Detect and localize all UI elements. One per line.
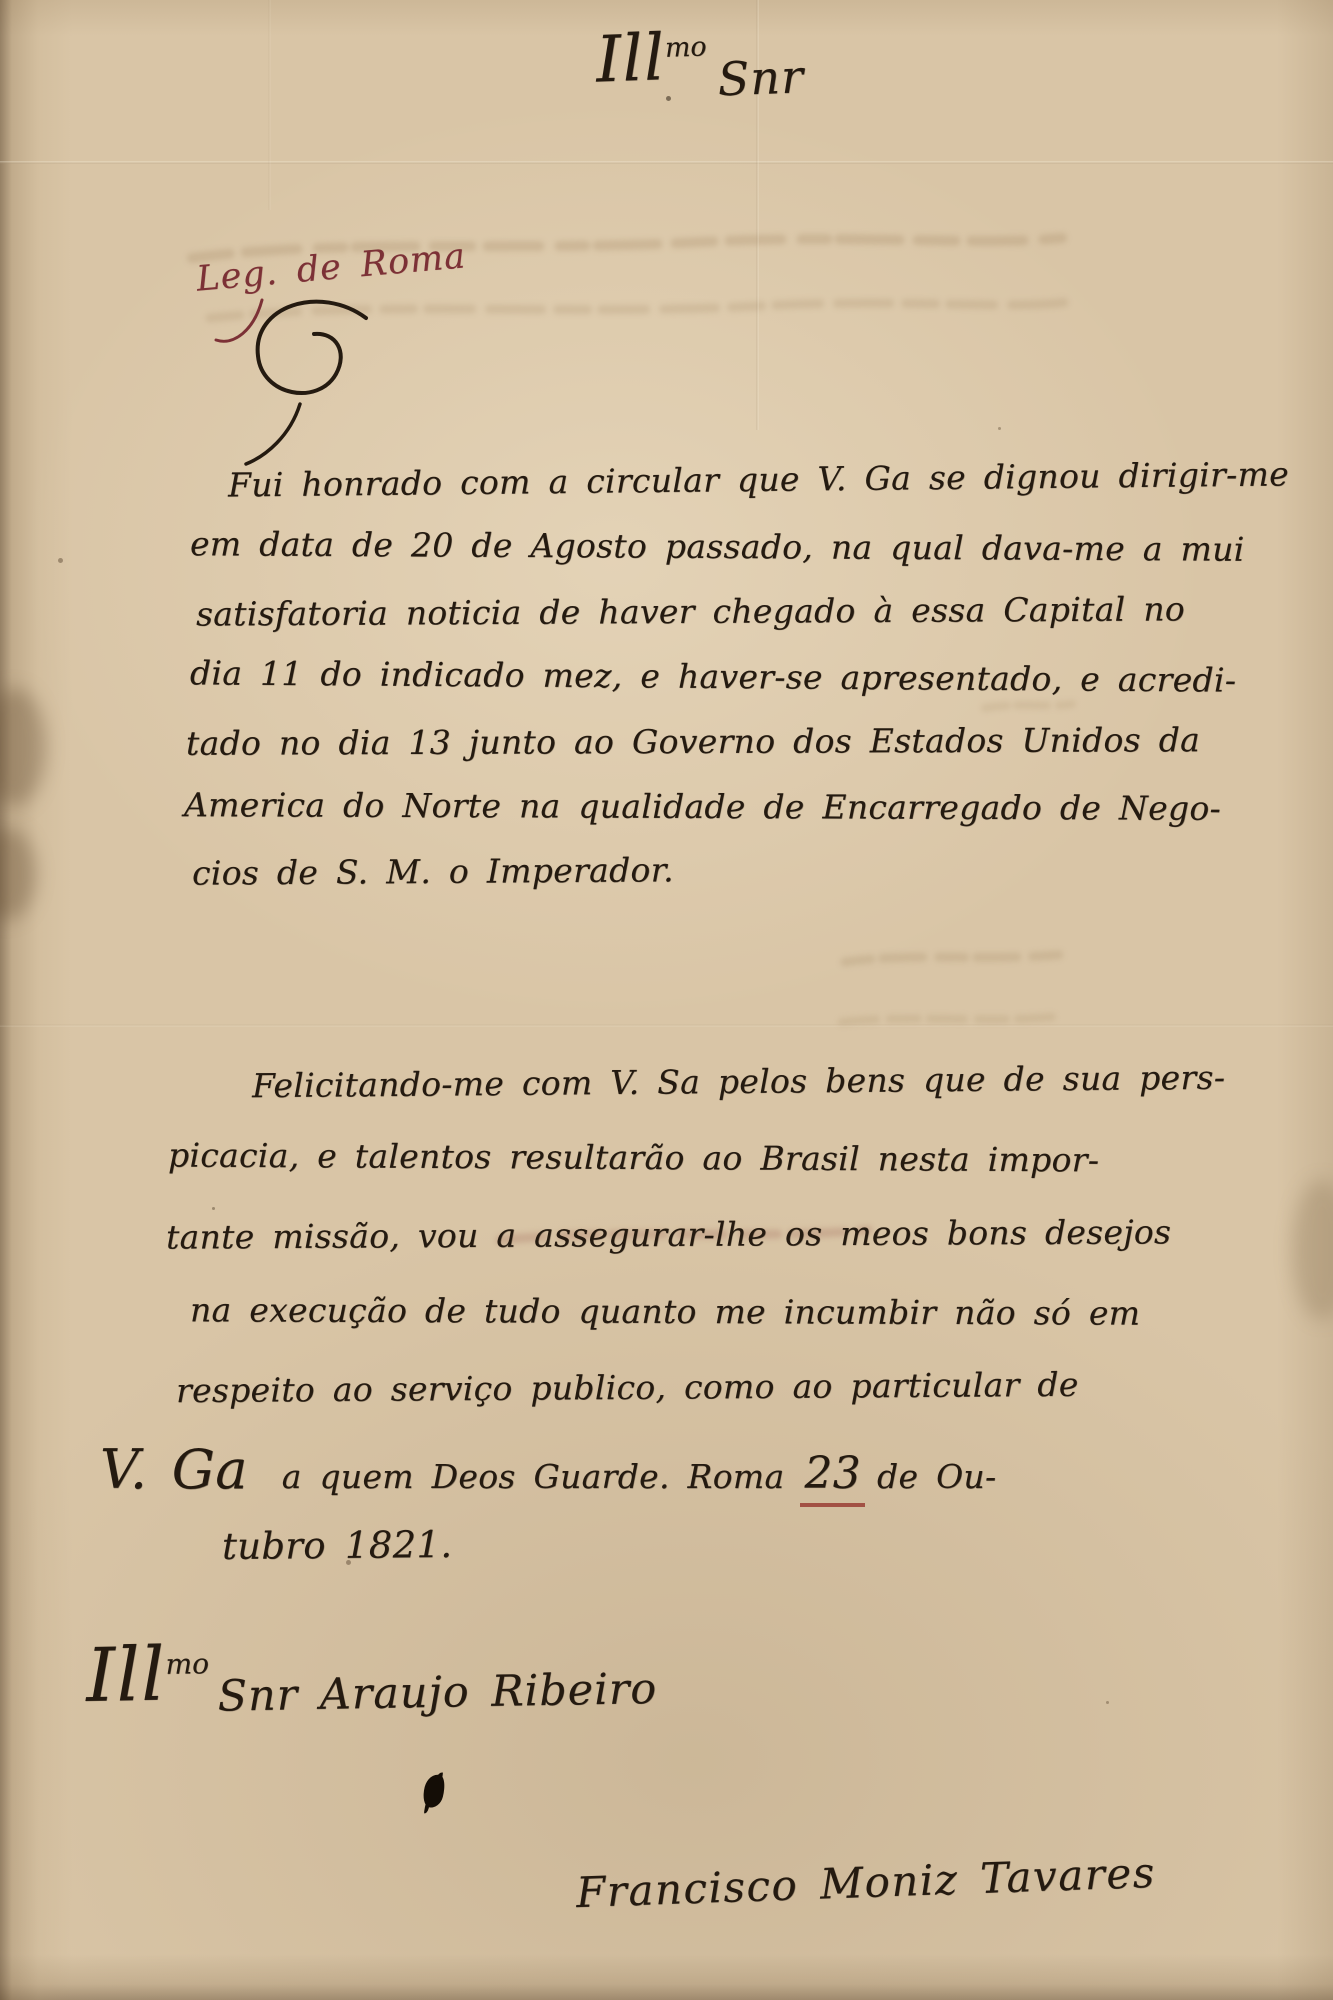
- closing-day-underlined: 23: [800, 1448, 865, 1507]
- letter-line: satisfatoria noticia de haver chegado à …: [196, 589, 1185, 633]
- letter-line: America do Norte na qualidade de Encarre…: [184, 785, 1221, 828]
- salutation-superscript: mo: [664, 31, 707, 63]
- addressee-rest: Snr Araujo Ribeiro: [217, 1664, 657, 1722]
- manuscript-letter-page: IllmoSnr Leg. de Roma Fui honrado com a …: [0, 0, 1333, 2000]
- salutation-rest: Snr: [717, 49, 805, 106]
- closing-text: a quem Deos Guarde. Roma: [282, 1457, 785, 1496]
- salutation-base: Ill: [595, 21, 667, 97]
- letter-line: tado no dia 13 junto ao Governo dos Esta…: [186, 720, 1200, 763]
- date-line: tubro 1821.: [222, 1523, 453, 1568]
- closing-vga: V. Ga: [100, 1438, 248, 1501]
- closing-line: V. Gaa quem Deos Guarde. Roma23de Ou-: [100, 1438, 996, 1501]
- letter-line: respeito ao serviço publico, como ao par…: [176, 1365, 1079, 1410]
- addressee-line: IllmoSnr Araujo Ribeiro: [85, 1623, 657, 1719]
- letter-line: picacia, e talentos resultarão ao Brasil…: [168, 1136, 1099, 1180]
- addressee-base: Ill: [85, 1632, 166, 1719]
- addressee-superscript: mo: [165, 1647, 209, 1681]
- closing-text-end: de Ou-: [877, 1457, 996, 1496]
- letter-line: em data de 20 de Agosto passado, na qual…: [190, 524, 1245, 569]
- salutation: IllmoSnr: [595, 16, 805, 97]
- letter-line: tante missão, vou a assegurar-lhe os meo…: [166, 1212, 1171, 1256]
- letter-line: na execução de tudo quanto me incumbir n…: [190, 1290, 1140, 1332]
- letter-line: cios de S. M. o Imperador.: [192, 850, 674, 892]
- letter-line: dia 11 do indicado mez, e haver-se apres…: [190, 653, 1237, 699]
